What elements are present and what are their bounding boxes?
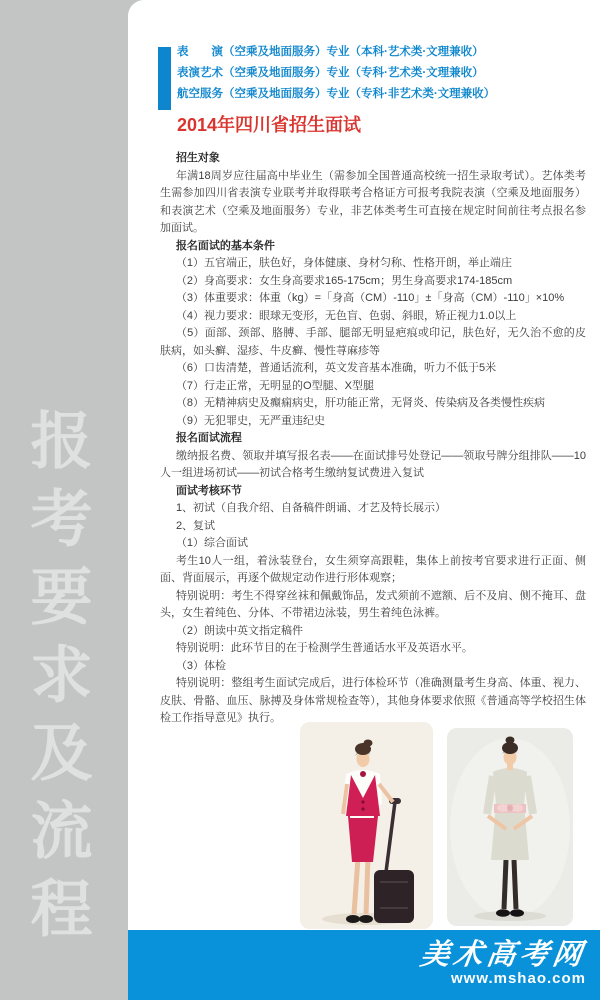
content-item: （3）体检 — [160, 658, 586, 676]
requirements-text: 招生对象年满18周岁应往届高中毕业生（需参加全国普通高校统一招生录取考试）。艺体… — [160, 150, 586, 728]
sidebar-vertical-title: 报考要求及流程 — [24, 408, 86, 954]
content-item: （2）身高要求：女生身高要求165-175cm；男生身高要求174-185cm — [160, 273, 586, 291]
content-item: （1）综合面试 — [160, 535, 586, 553]
photo-uniform-gray — [447, 728, 573, 926]
content-item: （7）行走正常，无明显的O型腿、X型腿 — [160, 378, 586, 396]
content-item: （6）口齿清楚，普通话流利，英文发音基本准确，听力不低于5米 — [160, 360, 586, 378]
content-heading: 招生对象 — [160, 150, 586, 168]
photo-uniform-red — [300, 722, 433, 929]
content-paragraph: 年满18周岁应往届高中毕业生（需参加全国普通高校统一招生录取考试）。艺体类考生需… — [160, 168, 586, 238]
content-paragraph: 特别说明：整组考生面试完成后，进行体检环节（准确测量考生身高、体重、视力、皮肤、… — [160, 675, 586, 728]
program-line: 表演艺术（空乘及地面服务）专业（专科·艺术类·文理兼收） — [177, 63, 495, 84]
content-item: （2）朗读中英文指定稿件 — [160, 623, 586, 641]
content-page: 表 演（空乘及地面服务）专业（本科·艺术类·文理兼收）表演艺术（空乘及地面服务）… — [128, 0, 600, 1000]
content-heading: 报名面试流程 — [160, 430, 586, 448]
footer-bar: 美术高考网 www.mshao.com — [128, 930, 600, 1000]
flight-attendant-gray-illustration — [447, 728, 573, 926]
content-item: （1）五官端正，肤色好，身体健康、身材匀称、性格开朗，举止端庄 — [160, 255, 586, 273]
flight-attendant-red-illustration — [300, 722, 433, 929]
content-paragraph: 特别说明：考生不得穿丝袜和佩戴饰品，发式须前不遮额、后不及肩、侧不掩耳、盘头，女… — [160, 588, 586, 623]
mshao-website-url: www.mshao.com — [451, 970, 586, 987]
page-title: 2014年四川省招生面试 — [177, 111, 361, 137]
content-item: （4）视力要求：眼球无变形，无色盲、色弱、斜眼，矫正视力1.0以上 — [160, 308, 586, 326]
content-paragraph: 考生10人一组，着泳装登台，女生须穿高跟鞋，集体上前按考官要求进行正面、侧面、背… — [160, 553, 586, 588]
content-item: （9）无犯罪史，无严重违纪史 — [160, 413, 586, 431]
content-item: 1、初试（自我介绍、自备稿件朗诵、才艺及特长展示） — [160, 500, 586, 518]
program-line: 航空服务（空乘及地面服务）专业（专科·非艺术类·文理兼收） — [177, 84, 495, 105]
content-paragraph: 缴纳报名费、领取并填写报名表——在面试排号处登记——领取号牌分组排队——10人一… — [160, 448, 586, 483]
content-heading: 面试考核环节 — [160, 483, 586, 501]
program-line: 表 演（空乘及地面服务）专业（本科·艺术类·文理兼收） — [177, 42, 495, 63]
content-paragraph: 特别说明：此环节目的在于检测学生普通话水平及英语水平。 — [160, 640, 586, 658]
content-heading: 报名面试的基本条件 — [160, 238, 586, 256]
left-gray-sidebar: 报考要求及流程 — [0, 0, 128, 1000]
content-item: （8）无精神病史及癫痫病史，肝功能正常，无肾炎、传染病及各类慢性疾病 — [160, 395, 586, 413]
blue-accent-bar — [158, 47, 171, 110]
content-item: 2、复试 — [160, 518, 586, 536]
content-item: （3）体重要求：体重（kg）=「身高（CM）-110」±「身高（CM）-110」… — [160, 290, 586, 308]
mshao-logo: 美术高考网 — [418, 932, 589, 973]
program-list: 表 演（空乘及地面服务）专业（本科·艺术类·文理兼收）表演艺术（空乘及地面服务）… — [177, 42, 495, 105]
content-item: （5）面部、颈部、胳膊、手部、腿部无明显疤痕或印记，肤色好，无久治不愈的皮肤病，… — [160, 325, 586, 360]
